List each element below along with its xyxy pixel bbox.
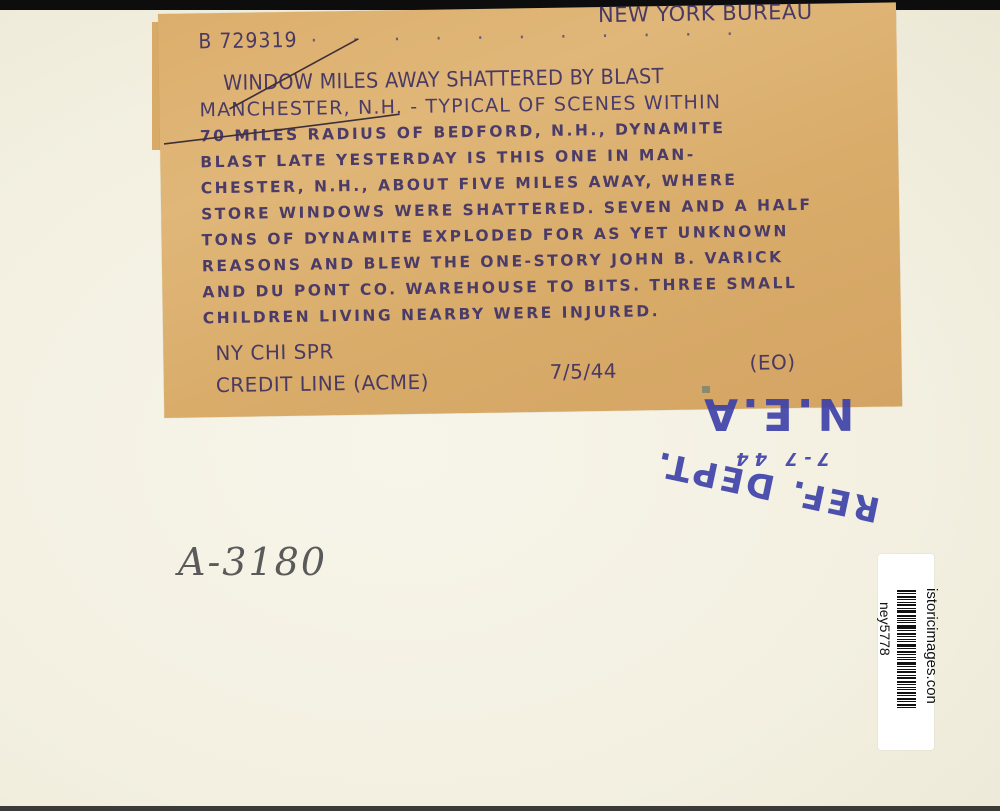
body-line: MANCHESTER, N.H. - TYPICAL OF SCENES WIT… <box>199 91 721 121</box>
body-line: 70 MILES RADIUS OF BEDFORD, N.H., DYNAMI… <box>200 119 726 145</box>
body-line: REASONS AND BLEW THE ONE-STORY JOHN B. V… <box>202 248 784 275</box>
handwritten-catalog-number: A-3180 <box>178 540 327 584</box>
body-line: AND DU PONT CO. WAREHOUSE TO BITS. THREE… <box>202 274 797 301</box>
bureau-label: NEW YORK BUREAU <box>598 0 813 27</box>
caption-clipping: B 729319 . . . . . . . . . . . NEW YORK … <box>158 2 902 418</box>
barcode-site-text: istoricimages.con <box>923 588 940 704</box>
headline: WINDOW MILES AWAY SHATTERED BY BLAST <box>223 64 664 95</box>
barcode-icon <box>897 590 916 710</box>
body-line: STORE WINDOWS WERE SHATTERED. SEVEN AND … <box>201 196 813 224</box>
barcode-code-text: ney5778 <box>877 602 893 656</box>
distribution-codes: NY CHI SPR <box>215 339 334 365</box>
body-line: CHESTER, N.H., ABOUT FIVE MILES AWAY, WH… <box>201 171 738 197</box>
credit-line: CREDIT LINE (ACME) <box>216 370 430 397</box>
caption-date: 7/5/44 <box>549 359 617 384</box>
record-id: B 729319 <box>198 28 297 54</box>
bottom-edge <box>0 806 1000 811</box>
body-line: TONS OF DYNAMITE EXPLODED FOR AS YET UNK… <box>201 222 789 249</box>
body-line: BLAST LATE YESTERDAY IS THIS ONE IN MAN- <box>200 146 696 172</box>
body-line: CHILDREN LIVING NEARBY WERE INJURED. <box>203 302 661 327</box>
nea-stamp: N.E.A <box>700 388 854 439</box>
editor-initials: (EO) <box>749 350 795 375</box>
